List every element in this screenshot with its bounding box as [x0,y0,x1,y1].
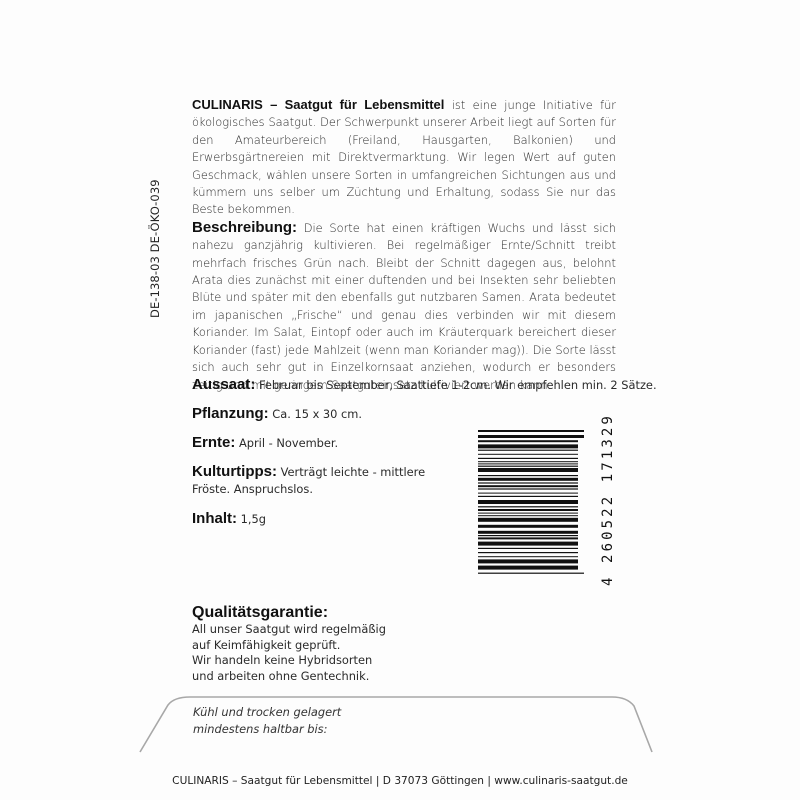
intro-paragraph: CULINARIS – Saatgut für Lebensmittel ist… [192,96,616,219]
description-label: Beschreibung: [192,219,297,236]
ean-barcode [478,430,584,576]
fact-value: Ca. 15 x 30 cm. [269,407,362,421]
fact-value: April - November. [235,436,338,450]
quality-line: Wir handeln keine Hybridsorten [192,653,452,669]
fact-label: Aussaat: [192,376,255,393]
organic-certification-code: DE-138-03 DE-ÖKO-039 [148,179,162,318]
main-text: CULINARIS – Saatgut für Lebensmittel ist… [192,96,616,394]
storage-line: mindestens haltbar bis: [193,721,341,738]
fact-harvest: Ernte: April - November. [192,434,338,452]
best-before-box: Kühl und trocken gelagert mindestens hal… [193,704,341,738]
fact-planting: Pflanzung: Ca. 15 x 30 cm. [192,405,362,423]
quality-line: All unser Saatgut wird regelmäßig [192,622,452,638]
footer-address: CULINARIS – Saatgut für Lebensmittel | D… [0,775,800,787]
fact-label: Ernte: [192,434,235,451]
seed-packet-back: DE-138-03 DE-ÖKO-039 CULINARIS – Saatgut… [0,0,800,800]
fact-tips: Kulturtipps: Verträgt leichte - mittlere… [192,463,462,498]
barcode-digits: 4 260522 171329 [600,413,616,586]
fact-content: Inhalt: 1,5g [192,510,266,528]
description-text: Die Sorte hat einen kräftigen Wuchs und … [192,221,616,392]
fact-value: 1,5g [237,512,266,526]
fact-label: Inhalt: [192,510,237,527]
brand-name: CULINARIS – Saatgut für Lebensmittel [192,97,444,112]
fact-sowing: Aussaat: Februar bis September, Saattief… [192,376,657,394]
intro-text: ist eine junge Initiative für ökologisch… [192,98,616,216]
quality-guarantee: Qualitätsgarantie: All unser Saatgut wir… [192,603,452,684]
description-paragraph: Beschreibung: Die Sorte hat einen kräfti… [192,219,616,394]
fact-label: Kulturtipps: [192,463,277,480]
quality-title: Qualitätsgarantie: [192,603,452,622]
storage-line: Kühl und trocken gelagert [193,704,341,721]
quality-line: auf Keimfähigkeit geprüft. [192,638,452,654]
fact-value: Februar bis September, Saattiefe 1-2cm. … [255,378,656,392]
fact-label: Pflanzung: [192,405,269,422]
quality-line: und arbeiten ohne Gentechnik. [192,669,452,685]
